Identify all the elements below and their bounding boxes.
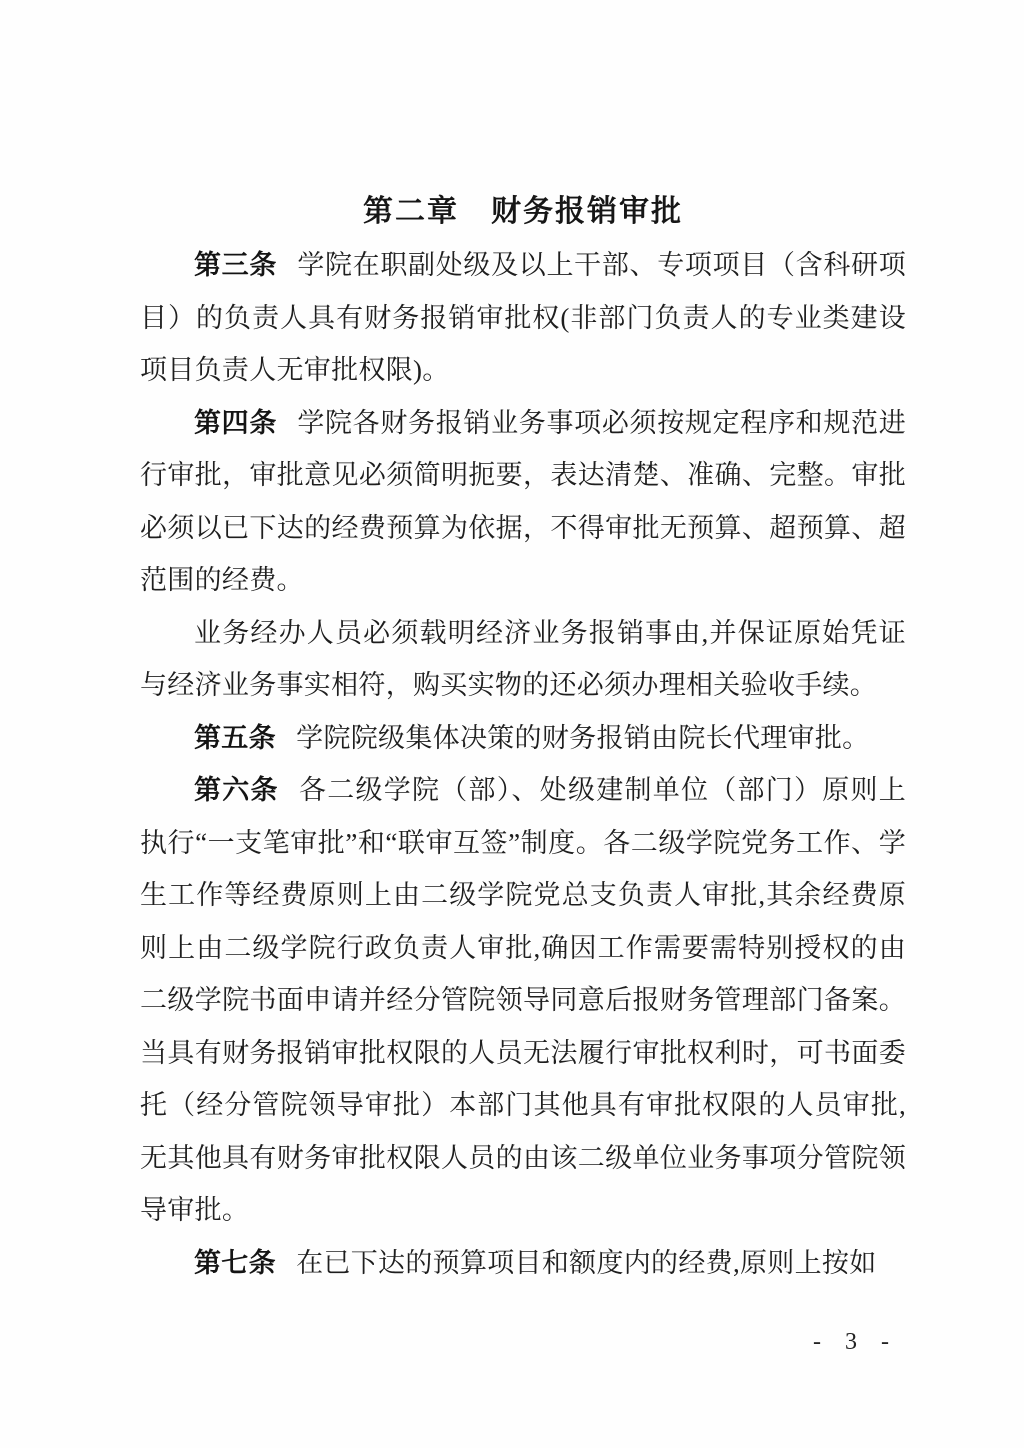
clause-label: 第六条 — [194, 775, 279, 805]
document-page: 第二章 财务报销审批 第三条学院在职副处级及以上干部、专项项目（含科研项目）的负… — [0, 0, 1024, 1448]
clause-paragraph: 第七条在已下达的预算项目和额度内的经费,原则上按如 — [140, 1237, 906, 1290]
clause-paragraph: 第六条各二级学院（部）、处级建制单位（部门）原则上执行“一支笔审批”和“联审互签… — [140, 764, 906, 1237]
chapter-heading: 第二章 财务报销审批 — [140, 194, 906, 230]
paragraph-text: 业务经办人员必须载明经济业务报销事由,并保证原始凭证与经济业务事实相符，购买实物… — [140, 618, 906, 701]
clause-text: 在已下达的预算项目和额度内的经费,原则上按如 — [296, 1248, 876, 1278]
clause-paragraph: 第三条学院在职副处级及以上干部、专项项目（含科研项目）的负责人具有财务报销审批权… — [140, 239, 906, 397]
clause-paragraph: 第四条学院各财务报销业务事项必须按规定程序和规范进行审批，审批意见必须简明扼要，… — [140, 397, 906, 607]
page-number: - 3 - — [813, 1329, 898, 1356]
document-body: 第三条学院在职副处级及以上干部、专项项目（含科研项目）的负责人具有财务报销审批权… — [140, 239, 906, 1289]
clause-label: 第四条 — [194, 408, 277, 438]
clause-text: 各二级学院（部）、处级建制单位（部门）原则上执行“一支笔审批”和“联审互签”制度… — [140, 775, 906, 1225]
clause-label: 第七条 — [194, 1248, 276, 1278]
clause-paragraph: 第五条学院院级集体决策的财务报销由院长代理审批。 — [140, 712, 906, 765]
clause-label: 第三条 — [194, 250, 277, 280]
clause-text: 学院院级集体决策的财务报销由院长代理审批。 — [296, 723, 869, 753]
clause-label: 第五条 — [194, 723, 276, 753]
body-paragraph: 业务经办人员必须载明经济业务报销事由,并保证原始凭证与经济业务事实相符，购买实物… — [140, 607, 906, 712]
